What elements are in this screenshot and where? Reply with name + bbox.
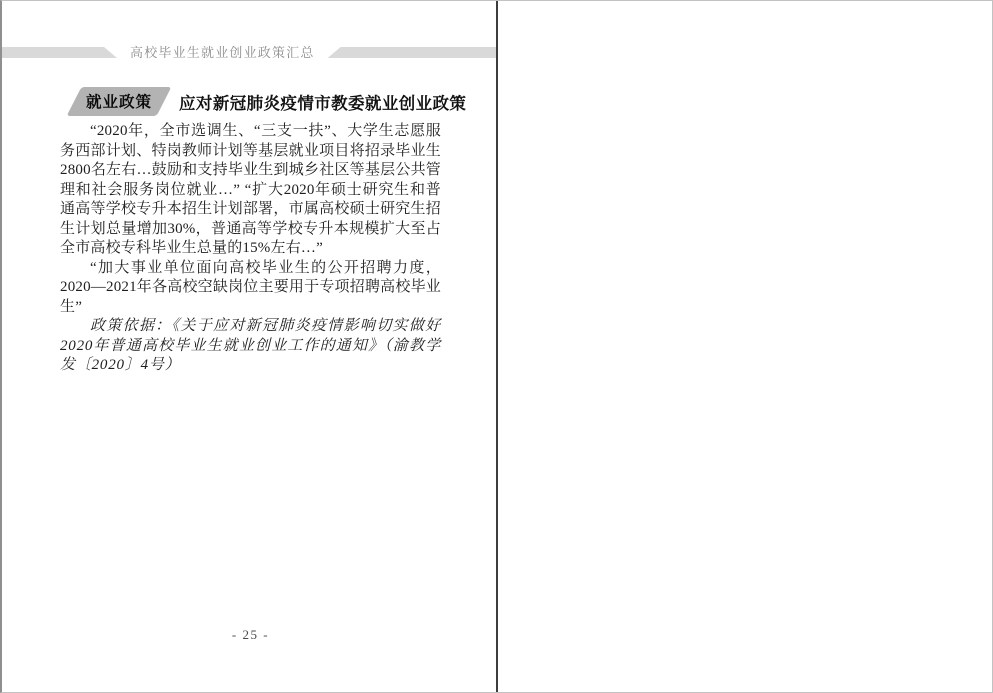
book-scan-canvas: 高校毕业生就业创业政策汇总 就业政策 应对新冠肺炎疫情市教委就业创业政策 “20…	[0, 0, 993, 693]
body-text-block: “2020年，全市选调生、“三支一扶”、大学生志愿服务西部计划、特岗教师计划等基…	[60, 122, 441, 376]
paragraph-quote-2: “加大事业单位面向高校毕业生的公开招聘力度，2020—2021年各高校空缺岗位主…	[60, 259, 441, 318]
section-title: 应对新冠肺炎疫情市教委就业创业政策	[179, 90, 466, 114]
header-rule-right	[328, 47, 497, 58]
running-header-title: 高校毕业生就业创业政策汇总	[117, 47, 328, 58]
badge-label: 就业政策	[86, 94, 152, 111]
right-page-blank	[499, 1, 992, 692]
left-page: 高校毕业生就业创业政策汇总 就业政策 应对新冠肺炎疫情市教委就业创业政策 “20…	[2, 1, 497, 692]
paragraph-quote-1: “2020年，全市选调生、“三支一扶”、大学生志愿服务西部计划、特岗教师计划等基…	[60, 122, 441, 259]
page-gutter-divider	[496, 1, 498, 692]
paragraph-policy-basis: 政策依据：《关于应对新冠肺炎疫情影响切实做好2020年普通高校毕业生就业创业工作…	[60, 317, 441, 376]
page-number: - 25 -	[60, 627, 441, 643]
running-header: 高校毕业生就业创业政策汇总	[2, 47, 497, 58]
header-rule-left	[2, 47, 117, 58]
policy-category-badge: 就业政策	[74, 87, 164, 116]
section-heading: 就业政策 应对新冠肺炎疫情市教委就业创业政策	[74, 89, 466, 114]
